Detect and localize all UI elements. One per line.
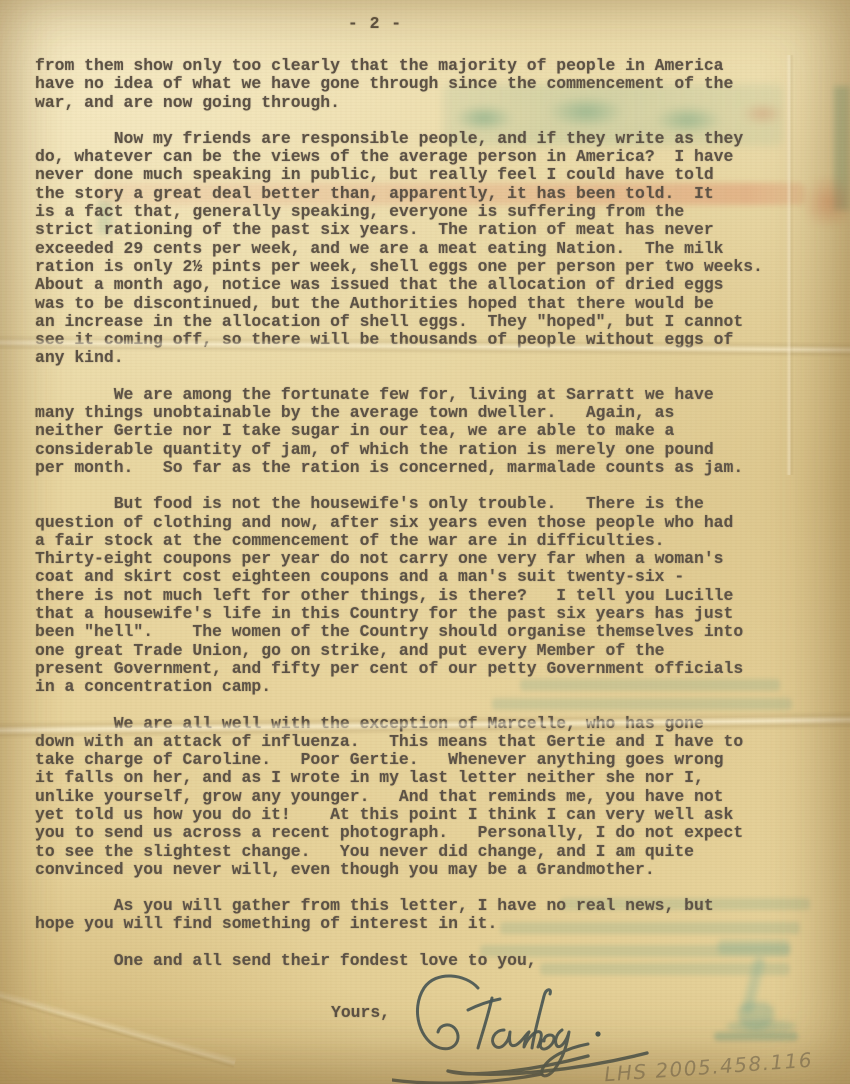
- paragraph: We are among the fortunate few for, livi…: [35, 386, 835, 477]
- paragraph: As you will gather from this letter, I h…: [35, 897, 835, 934]
- paragraph: from them show only too clearly that the…: [35, 57, 835, 112]
- paragraph: We are all well with the exception of Ma…: [35, 715, 835, 880]
- showthrough-edge-mark: [834, 86, 850, 210]
- letter-body: from them show only too clearly that the…: [35, 57, 835, 1022]
- paragraph: But food is not the housewife's only tro…: [35, 495, 835, 696]
- page-number: - 2 -: [0, 15, 750, 33]
- paragraph: One and all send their fondest love to y…: [35, 952, 835, 970]
- showthrough-graphic: [714, 1032, 798, 1041]
- letter-page: - 2 - from them show only too clearly th…: [0, 0, 850, 1084]
- paragraph: Now my friends are responsible people, a…: [35, 130, 835, 368]
